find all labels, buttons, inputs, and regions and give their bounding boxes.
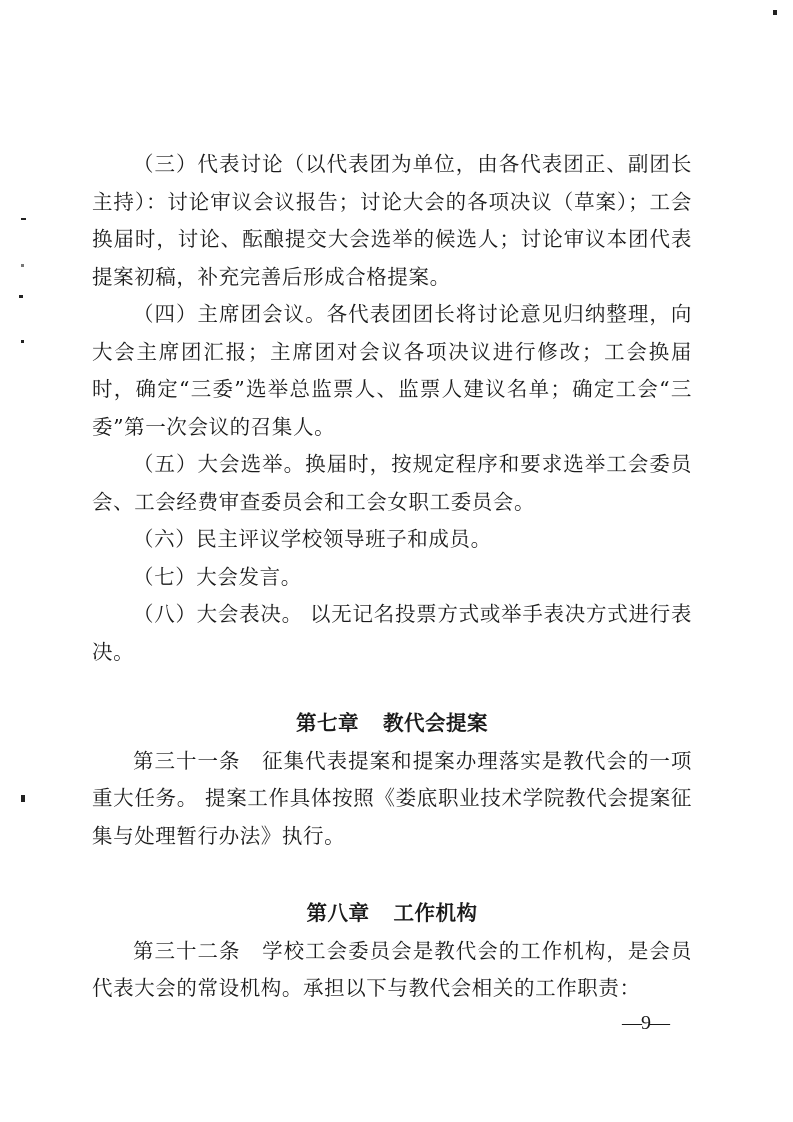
scan-mark bbox=[21, 795, 25, 802]
chapter-8-heading: 第八章工作机构 bbox=[92, 895, 692, 933]
chapter-8-title: 工作机构 bbox=[394, 901, 478, 925]
scan-mark bbox=[773, 10, 777, 15]
chapter-7-heading: 第七章教代会提案 bbox=[92, 705, 692, 743]
document-page: （三）代表讨论（以代表团为单位，由各代表团正、副团长主持）：讨论审议会议报告；讨… bbox=[0, 0, 793, 1122]
chapter-8-number: 第八章 bbox=[307, 901, 370, 925]
paragraph-item-6: （六）民主评议学校领导班子和成员。 bbox=[92, 521, 692, 559]
section-gap bbox=[92, 671, 692, 705]
scan-mark bbox=[21, 340, 24, 343]
document-body: （三）代表讨论（以代表团为单位，由各代表团正、副团长主持）：讨论审议会议报告；讨… bbox=[92, 146, 692, 1008]
chapter-7-title: 教代会提案 bbox=[383, 711, 488, 735]
article-32: 第三十二条 学校工会委员会是教代会的工作机构，是会员代表大会的常设机构。承担以下… bbox=[92, 933, 692, 1008]
chapter-7-number: 第七章 bbox=[296, 711, 359, 735]
scan-mark bbox=[19, 295, 23, 298]
paragraph-item-8: （八）大会表决。 以无记名投票方式或举手表决方式进行表决。 bbox=[92, 596, 692, 671]
paragraph-item-7: （七）大会发言。 bbox=[92, 559, 692, 597]
section-gap bbox=[92, 855, 692, 895]
paragraph-item-4: （四）主席团会议。各代表团团长将讨论意见归纳整理，向大会主席团汇报；主席团对会议… bbox=[92, 296, 692, 446]
page-number: —9— bbox=[622, 1012, 669, 1035]
paragraph-item-5: （五）大会选举。换届时，按规定程序和要求选举工会委员会、工会经费审查委员会和工会… bbox=[92, 446, 692, 521]
paragraph-item-3: （三）代表讨论（以代表团为单位，由各代表团正、副团长主持）：讨论审议会议报告；讨… bbox=[92, 146, 692, 296]
scan-mark bbox=[21, 264, 24, 267]
article-31: 第三十一条 征集代表提案和提案办理落实是教代会的一项重大任务。 提案工作具体按照… bbox=[92, 743, 692, 856]
scan-mark bbox=[21, 218, 26, 220]
